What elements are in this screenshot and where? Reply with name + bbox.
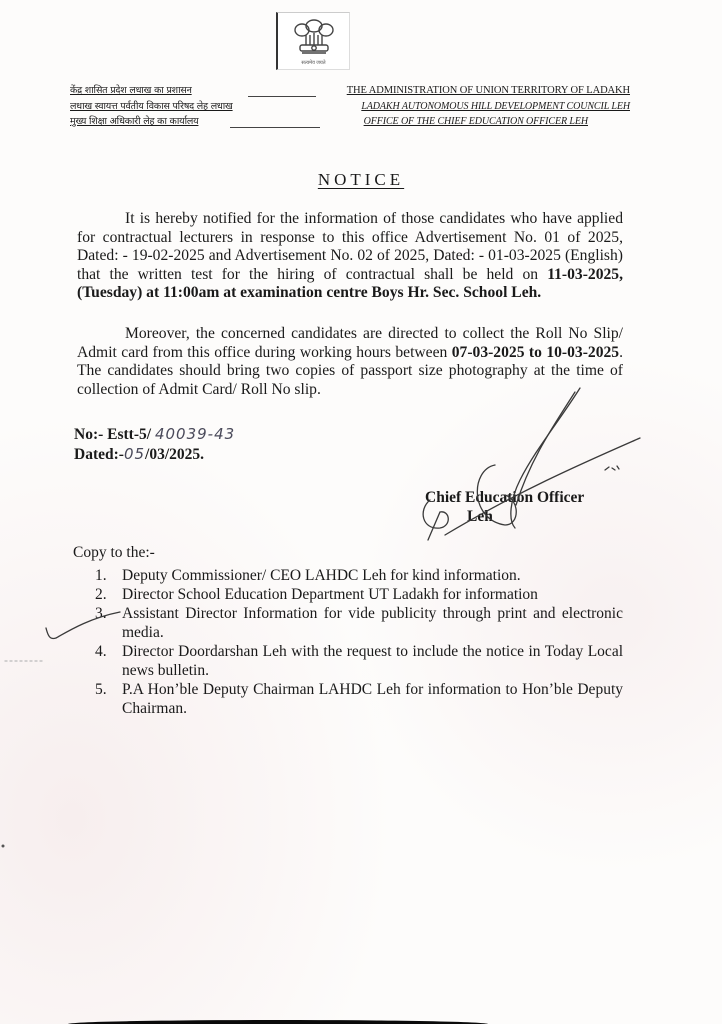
para1-text: It is hereby notified for the informatio… <box>77 210 623 283</box>
header-hindi-3: मुख्य शिक्षा अधिकारी लेह का कार्यालय <box>70 115 198 129</box>
header-hindi-1: केंद्र शासित प्रदेश लधाख का प्रशासन <box>70 84 192 98</box>
ref-no-handwritten: 40039-43 <box>155 425 235 443</box>
copy-to-label: Copy to the:- <box>73 544 155 562</box>
header-row-administration: केंद्र शासित प्रदेश लधाख का प्रशासन THE … <box>70 84 630 98</box>
copy-to-list: 1.Deputy Commissioner/ CEO LAHDC Leh for… <box>95 566 623 718</box>
ref-no-label: No:- Estt-5/ <box>74 426 151 443</box>
reference-number: No:- Estt-5/ 40039-43 <box>74 424 235 445</box>
list-item: 3.Assistant Director Information for vid… <box>95 604 623 642</box>
lion-capital-icon <box>292 17 336 57</box>
header-row-office: मुख्य शिक्षा अधिकारी लेह का कार्यालय OFF… <box>70 115 630 129</box>
signatory-place: Leh <box>467 508 493 526</box>
signatory-title: Chief Education Officer <box>425 489 584 507</box>
notice-title: NOTICE <box>0 170 722 190</box>
ref-dated-handwritten: 05 <box>124 445 145 463</box>
header-english-1: THE ADMINISTRATION OF UNION TERRITORY OF… <box>347 84 630 98</box>
document-page: सत्यमेव जयते केंद्र शासित प्रदेश लधाख का… <box>0 0 722 1024</box>
header-row-council: लधाख स्वायत्त पर्वतीय विकास परिषद लेह लध… <box>70 100 630 114</box>
national-emblem-icon: सत्यमेव जयते <box>276 12 350 70</box>
signature-stroke <box>511 388 580 528</box>
notice-paragraph-2: Moreover, the concerned candidates are d… <box>77 325 623 399</box>
ref-dated-suffix: /03/2025. <box>145 446 204 463</box>
reference-date: Dated:-05/03/2025. <box>74 444 204 465</box>
divider <box>248 96 316 97</box>
list-item: 1.Deputy Commissioner/ CEO LAHDC Leh for… <box>95 566 623 585</box>
collection-dates: 07-03-2025 to 10-03-2025 <box>452 344 619 361</box>
emblem-motto: सत्यमेव जयते <box>278 60 349 66</box>
header-hindi-2: लधाख स्वायत्त पर्वतीय विकास परिषद लेह लध… <box>70 100 233 114</box>
list-item: 2.Director School Education Department U… <box>95 585 623 604</box>
ref-dated-label: Dated:- <box>74 446 124 463</box>
divider <box>230 127 320 128</box>
header-english-2: LADAKH AUTONOMOUS HILL DEVELOPMENT COUNC… <box>361 100 630 114</box>
page-edge-shadow <box>68 1020 488 1024</box>
list-item: 5.P.A Hon’ble Deputy Chairman LAHDC Leh … <box>95 680 623 718</box>
header-english-3: OFFICE OF THE CHIEF EDUCATION OFFICER LE… <box>364 115 588 129</box>
handwriting-overlay <box>0 0 722 1024</box>
list-item: 4.Director Doordarshan Leh with the requ… <box>95 642 623 680</box>
notice-paragraph-1: It is hereby notified for the informatio… <box>77 210 623 303</box>
